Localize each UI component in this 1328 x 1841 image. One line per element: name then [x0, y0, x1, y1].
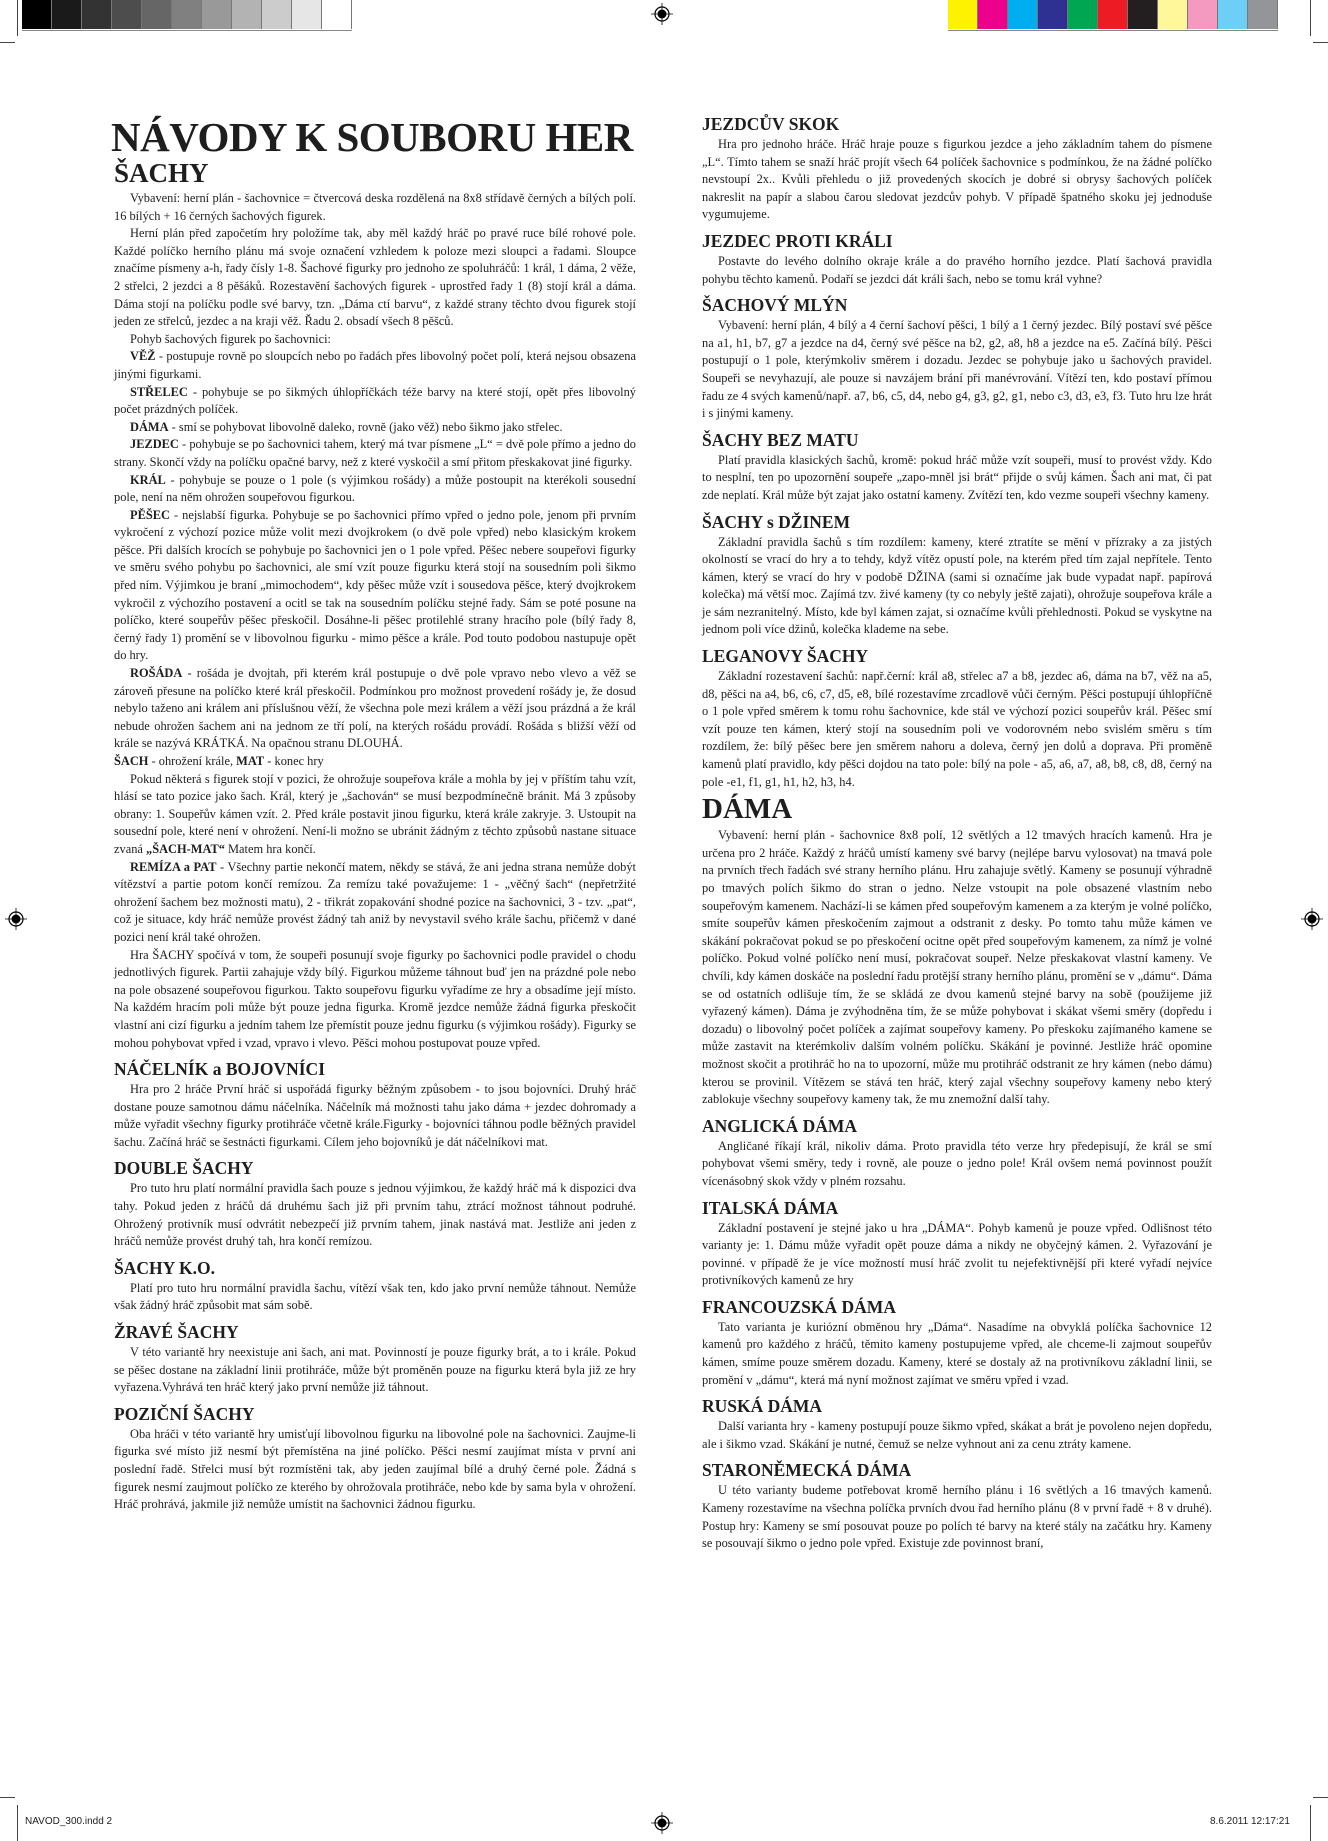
color-swatch: [1188, 0, 1218, 29]
gray-swatch: [232, 0, 262, 29]
term-label: ŠACH: [114, 754, 148, 768]
gray-swatch: [262, 0, 292, 29]
term-text: - pohybuje se po šikmých úhlopříčkách té…: [114, 385, 636, 417]
paragraph: Vybavení: herní plán - šachovnice = čtve…: [114, 190, 636, 225]
paragraph-sach-mat: ŠACH - ohrožení krále, MAT - konec hry: [114, 753, 636, 771]
paragraph: Základní rozestavení šachů: např.černí: …: [702, 668, 1212, 791]
section-heading-ko: ŠACHY K.O.: [114, 1258, 636, 1279]
term-label: STŘELEC: [130, 385, 188, 399]
color-swatch: [1218, 0, 1248, 29]
paragraph-sach-explained: Pokud některá s figurek stojí v pozici, …: [114, 771, 636, 859]
term-text: - pohybuje se po šachovnici tahem, který…: [114, 437, 636, 469]
paragraph-text: Matem hra končí.: [225, 842, 316, 856]
paragraph: Hra pro jednoho hráče. Hráč hraje pouze …: [702, 136, 1212, 224]
paragraph: Další varianta hry - kameny postupují po…: [702, 1418, 1212, 1453]
gray-swatch: [202, 0, 232, 29]
section-heading-double: DOUBLE ŠACHY: [114, 1158, 636, 1179]
paragraph: Základní postavení je stejné jako u hra …: [702, 1220, 1212, 1290]
section-heading-jezdcuv-skok: JEZDCŮV SKOK: [702, 114, 1212, 135]
registration-mark-left-icon: [5, 908, 27, 930]
paragraph: Pro tuto hru platí normální pravidla šac…: [114, 1180, 636, 1250]
paragraph: Hra pro 2 hráče První hráč si uspořádá f…: [114, 1081, 636, 1151]
gray-swatch: [172, 0, 202, 29]
paragraph-pesec: PĚŠEC - nejslabší figurka. Pohybuje se p…: [114, 507, 636, 665]
paragraph: Tato varianta je kuriózní obměnou hry „D…: [702, 1319, 1212, 1389]
term-text: - smí se pohybovat libovolně daleko, rov…: [169, 420, 563, 434]
grayscale-color-bar: [22, 0, 352, 31]
paragraph: V této variantě hry neexistuje ani šach,…: [114, 1344, 636, 1397]
paragraph-jezdec: JEZDEC - pohybuje se po šachovnici tahem…: [114, 436, 636, 471]
color-swatch: [1068, 0, 1098, 29]
section-heading-italska: ITALSKÁ DÁMA: [702, 1198, 1212, 1219]
term-label: PĚŠEC: [130, 508, 170, 522]
crop-mark-bottom-left: [0, 1797, 15, 1798]
section-heading-pozicni: POZIČNÍ ŠACHY: [114, 1404, 636, 1425]
paragraph-dama: DÁMA - smí se pohybovat libovolně daleko…: [114, 419, 636, 437]
section-heading-sachovy-mlyn: ŠACHOVÝ MLÝN: [702, 295, 1212, 316]
gray-swatch: [52, 0, 82, 29]
crop-mark-bottom-right: [1313, 1797, 1328, 1798]
section-heading-ruska: RUSKÁ DÁMA: [702, 1396, 1212, 1417]
paragraph: Vybavení: herní plán - šachovnice 8x8 po…: [702, 827, 1212, 1109]
gray-swatch: [112, 0, 142, 29]
paragraph: Hra ŠACHY spočívá v tom, že soupeři posu…: [114, 947, 636, 1053]
crop-mark-top-right: [1313, 42, 1328, 43]
section-heading-francouzska: FRANCOUZSKÁ DÁMA: [702, 1297, 1212, 1318]
term-text: - rošáda je dvojtah, při kterém král pos…: [114, 666, 636, 750]
paragraph-rosada: ROŠÁDA - rošáda je dvojtah, při kterém k…: [114, 665, 636, 753]
paragraph: Angličané říkají král, nikoliv dáma. Pro…: [702, 1138, 1212, 1191]
term-label: MAT: [236, 754, 264, 768]
registration-mark-top-icon: [651, 3, 673, 25]
section-heading-anglicka: ANGLICKÁ DÁMA: [702, 1116, 1212, 1137]
term-label: JEZDEC: [130, 437, 179, 451]
section-heading-bez-matu: ŠACHY BEZ MATU: [702, 430, 1212, 451]
section-heading-sachy: ŠACHY: [114, 158, 636, 188]
color-swatch: [1158, 0, 1188, 29]
paragraph: Postavte do levého dolního okraje krále …: [702, 253, 1212, 288]
term-label: „ŠACH-MAT“: [146, 842, 225, 856]
crop-mark-top-left-v: [17, 0, 18, 36]
section-heading-dama: DÁMA: [702, 793, 1212, 825]
cmyk-color-bar: [948, 0, 1278, 31]
section-heading-dzin: ŠACHY s DŽINEM: [702, 512, 1212, 533]
crop-mark-top-right-v: [1310, 0, 1311, 36]
crop-mark-bottom-right-v: [1310, 1805, 1311, 1841]
term-text: - nejslabší figurka. Pohybuje se po šach…: [114, 508, 636, 663]
term-text: - pohybuje se pouze o 1 pole (s výjimkou…: [114, 473, 636, 505]
gray-swatch: [322, 0, 352, 29]
paragraph-strelec: STŘELEC - pohybuje se po šikmých úhlopří…: [114, 384, 636, 419]
registration-mark-right-icon: [1301, 908, 1323, 930]
gray-swatch: [82, 0, 112, 29]
paragraph: Platí pravidla klasických šachů, kromě: …: [702, 452, 1212, 505]
crop-mark-top-left: [0, 42, 15, 43]
footer-file-name: NAVOD_300.indd 2: [25, 1816, 112, 1827]
registration-mark-bottom-icon: [651, 1812, 673, 1834]
footer-timestamp: 8.6.2011 12:17:21: [1210, 1816, 1290, 1827]
gray-swatch: [142, 0, 172, 29]
section-heading-jezdec-proti-krali: JEZDEC PROTI KRÁLI: [702, 231, 1212, 252]
paragraph-kral: KRÁL - pohybuje se pouze o 1 pole (s výj…: [114, 472, 636, 507]
paragraph: Herní plán před započetím hry položíme t…: [114, 225, 636, 331]
term-label: KRÁL: [130, 473, 166, 487]
section-heading-zrave: ŽRAVÉ ŠACHY: [114, 1322, 636, 1343]
section-heading-nacelnik: NÁČELNÍK a BOJOVNÍCI: [114, 1059, 636, 1080]
color-swatch: [1098, 0, 1128, 29]
paragraph: Vybavení: herní plán, 4 bílý a 4 černí š…: [702, 317, 1212, 423]
section-heading-staronemecka: STARONĚMECKÁ DÁMA: [702, 1460, 1212, 1481]
color-swatch: [978, 0, 1008, 29]
color-swatch: [1008, 0, 1038, 29]
paragraph-remiza: REMÍZA a PAT - Všechny partie nekončí ma…: [114, 859, 636, 947]
document-title: NÁVODY K SOUBORU HER: [111, 114, 636, 160]
gray-swatch: [292, 0, 322, 29]
paragraph: Oba hráči v této variantě hry umisťují l…: [114, 1426, 636, 1514]
term-text: - ohrožení krále,: [148, 754, 236, 768]
paragraph: Pohyb šachových figurek po šachovnici:: [114, 331, 636, 349]
gray-swatch: [22, 0, 52, 29]
right-column: JEZDCŮV SKOK Hra pro jednoho hráče. Hráč…: [702, 114, 1212, 1553]
crop-mark-bottom-left-v: [17, 1805, 18, 1841]
color-swatch: [1128, 0, 1158, 29]
term-label: VĚŽ: [130, 349, 155, 363]
color-swatch: [948, 0, 978, 29]
left-column: NÁVODY K SOUBORU HER ŠACHY Vybavení: her…: [114, 114, 636, 1514]
paragraph: U této varianty budeme potřebovat kromě …: [702, 1482, 1212, 1552]
paragraph-vez: VĚŽ - postupuje rovně po sloupcích nebo …: [114, 348, 636, 383]
term-text: - konec hry: [264, 754, 324, 768]
color-swatch: [1038, 0, 1068, 29]
term-label: ROŠÁDA: [130, 666, 182, 680]
paragraph: Platí pro tuto hru normální pravidla šac…: [114, 1280, 636, 1315]
term-label: DÁMA: [130, 420, 169, 434]
color-swatch: [1248, 0, 1278, 29]
section-heading-leganovy: LEGANOVY ŠACHY: [702, 646, 1212, 667]
term-label: REMÍZA a PAT: [130, 860, 216, 874]
term-text: - postupuje rovně po sloupcích nebo po ř…: [114, 349, 636, 381]
paragraph: Základní pravidla šachů s tím rozdílem: …: [702, 534, 1212, 640]
